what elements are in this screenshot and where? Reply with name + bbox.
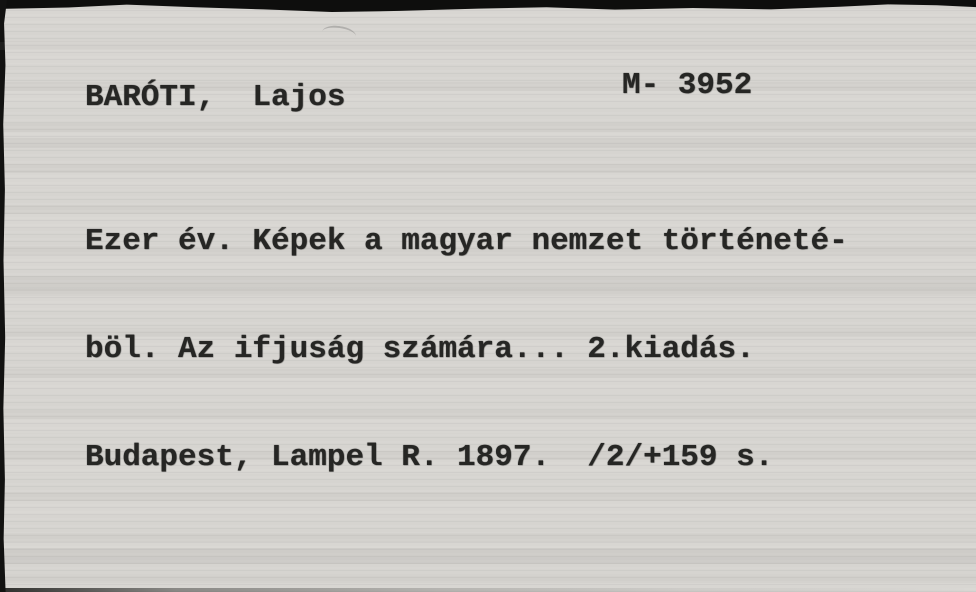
body-line: Ezer év. Képek a magyar nemzet történeté…	[85, 224, 848, 260]
scan-streak	[0, 548, 976, 564]
scan-streak	[0, 138, 976, 148]
pencil-mark	[321, 24, 357, 45]
catalog-card-scan: BARÓTI, Lajos M- 3952 Ezer év. Képek a m…	[0, 0, 976, 592]
author-heading: BARÓTI, Lajos	[85, 80, 345, 116]
body-line: Budapest, Lampel R. 1897. /2/+159 s.	[85, 440, 848, 476]
bibliographic-entry: Ezer év. Képek a magyar nemzet történeté…	[85, 152, 848, 548]
scan-streak	[0, 42, 976, 50]
card-bottom-edge-shadow	[0, 588, 976, 592]
card-left-edge	[0, 0, 7, 592]
call-number: M- 3952	[622, 68, 752, 104]
card-top-edge	[0, 0, 976, 13]
body-line: böl. Az ifjuság számára... 2.kiadás.	[85, 332, 848, 368]
